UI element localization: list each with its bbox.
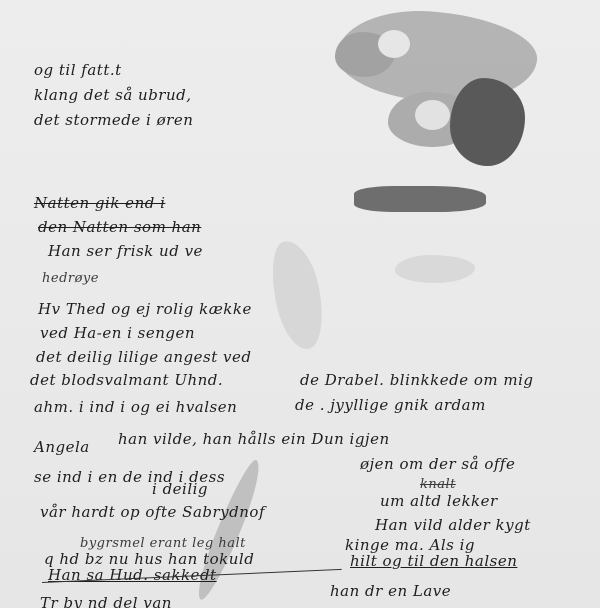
manuscript-line-5: den Natten som han [38,220,201,235]
manuscript-line-7: hedrøye [42,272,99,285]
manuscript-line-17a: bygrsmel erant leg halt [80,537,246,550]
manuscript-line-14b: øjen om der så offe [360,457,515,472]
manuscript-line-insert-2: knalt [420,478,456,491]
manuscript-line-16a: vår hardt op ofte Sabrydnof [40,505,265,520]
watercolor-faint-stain [264,237,331,354]
manuscript-page: og til fatt.t klang det så ubrud, det st… [0,0,600,608]
watercolor-brush-stroke [354,186,486,212]
manuscript-line-1: og til fatt.t [34,63,122,78]
watercolor-highlight-2 [415,100,450,130]
manuscript-line-20b: han dr en Lave [330,584,451,599]
watercolor-dark-blot [450,78,525,166]
manuscript-line-11b: de Drabel. blinkkede om mig [300,373,534,388]
manuscript-line-18a: q hd bz nu hus han tokuld [44,552,254,567]
manuscript-line-13a: Angela [34,440,90,455]
manuscript-line-16b: um altd lekker [380,494,498,509]
watercolor-highlight [378,30,410,58]
manuscript-line-9: ved Ha-en i sengen [40,326,195,341]
manuscript-line-17b: Han vild alder kygt [375,518,531,533]
manuscript-line-11a: det blodsvalmant Uhnd. [30,373,223,388]
manuscript-line-12a: ahm. i ind i og ei hvalsen [34,400,237,415]
manuscript-line-8: Hv Thed og ej rolig kække [38,302,252,317]
manuscript-line-3: det stormede i øren [34,113,193,128]
manuscript-line-10: det deilig lilige angest ved [36,350,251,365]
manuscript-line-13b: han vilde, han hålls ein Dun igjen [118,432,390,447]
manuscript-line-20a: Tr by nd del van [40,596,172,608]
manuscript-line-18b: kinge ma. Als ig [345,538,475,553]
manuscript-line-19b: hilt og til den halsen [350,554,517,569]
manuscript-line-4: Natten gik end i [34,196,165,211]
watercolor-faint-stain-2 [395,255,475,283]
manuscript-line-insert-1: i deilig [152,482,208,497]
manuscript-line-6: Han ser frisk ud ve [48,244,203,259]
manuscript-line-2: klang det så ubrud, [34,88,192,103]
manuscript-line-12b: de . jyyllige gnik ardam [295,398,486,413]
